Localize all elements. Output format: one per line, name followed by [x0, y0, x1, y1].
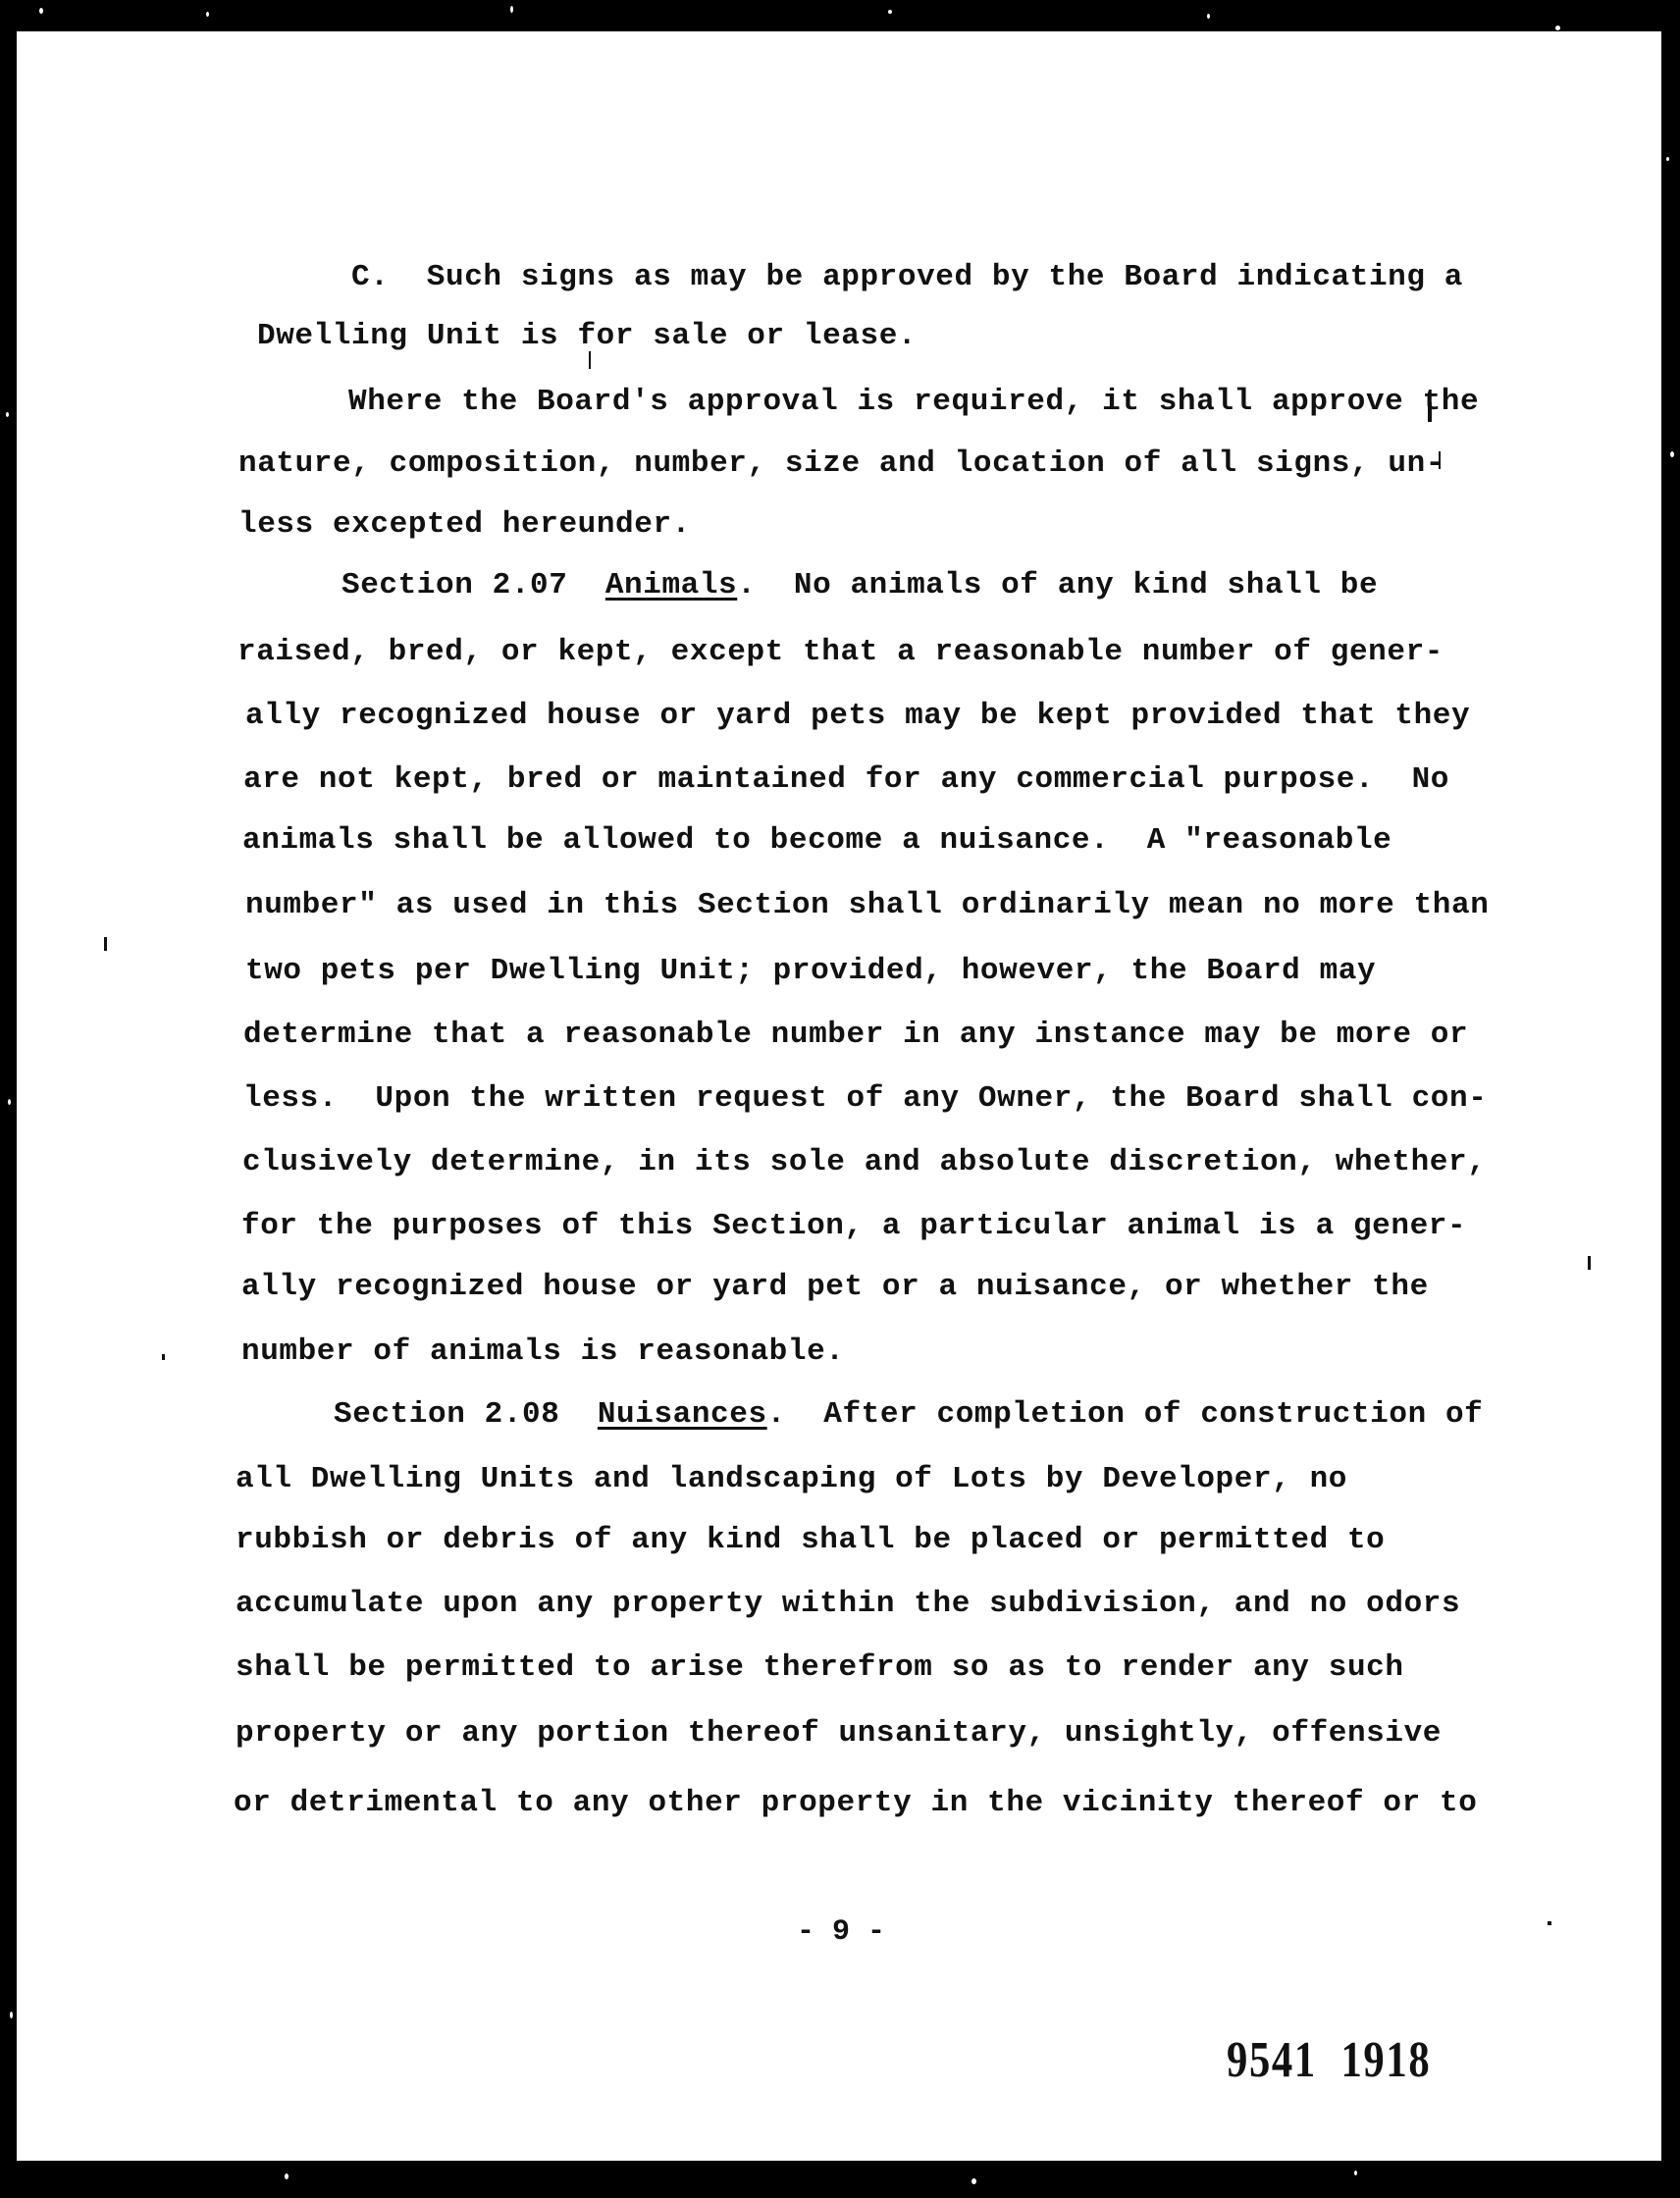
text-line: less. Upon the written request of any Ow… — [243, 1082, 1487, 1116]
section-first-line: . After completion of construction of — [767, 1397, 1484, 1432]
text-line: ally recognized house or yard pet or a n… — [241, 1271, 1429, 1304]
text-line: number of animals is reasonable. — [241, 1335, 845, 1369]
text-line: determine that a reasonable number in an… — [243, 1019, 1468, 1052]
section-heading-line: Section 2.08 Nuisances. After completion… — [334, 1398, 1483, 1432]
page-number: - 9 - — [797, 1915, 885, 1949]
scan-speck — [39, 8, 43, 14]
scan-speck — [888, 10, 892, 14]
stray-mark — [1548, 1921, 1551, 1925]
text-line: are not kept, bred or maintained for any… — [243, 763, 1449, 797]
text-line: nature, composition, number, size and lo… — [238, 447, 1444, 481]
stray-mark — [1439, 451, 1441, 469]
text-line: shall be permitted to arise therefrom so… — [236, 1651, 1404, 1685]
section-title: Nuisances — [598, 1397, 767, 1432]
stray-mark — [1588, 1256, 1591, 1270]
scan-speck — [971, 2178, 976, 2184]
stray-mark — [589, 351, 591, 369]
text-line: or detrimental to any other property in … — [234, 1787, 1477, 1820]
section-first-line: . No animals of any kind shall be — [737, 568, 1378, 602]
scan-speck — [1207, 14, 1210, 19]
section-heading-line: Section 2.07 Animals. No animals of any … — [341, 569, 1378, 602]
text-line: accumulate upon any property within the … — [236, 1588, 1460, 1621]
section-title: Animals — [605, 568, 737, 602]
text-line: clusively determine, in its sole and abs… — [242, 1146, 1486, 1179]
text-line: Where the Board's approval is required, … — [348, 386, 1479, 419]
scan-speck — [6, 412, 9, 417]
text-line: property or any portion thereof unsanita… — [236, 1717, 1442, 1751]
text-line: Dwelling Unit is for sale or lease. — [257, 320, 917, 353]
text-line: raised, bred, or kept, except that a rea… — [237, 636, 1444, 669]
text-line: ally recognized house or yard pets may b… — [245, 700, 1470, 733]
text-line: C. Such signs as may be approved by the … — [351, 261, 1463, 294]
scan-speck — [1555, 26, 1560, 30]
scan-speck — [1354, 2171, 1357, 2175]
text-line: rubbish or debris of any kind shall be p… — [236, 1524, 1385, 1557]
text-line: less excepted hereunder. — [238, 508, 691, 542]
stray-mark — [162, 1354, 165, 1360]
section-number: Section 2.07 — [341, 568, 567, 602]
section-number: Section 2.08 — [334, 1397, 559, 1432]
text-line: two pets per Dwelling Unit; provided, ho… — [245, 955, 1376, 988]
scan-speck — [8, 1099, 11, 1105]
scan-speck — [1666, 157, 1669, 161]
recording-stamp-number: 9541 1918 — [1227, 2031, 1431, 2089]
scan-speck — [10, 2012, 13, 2018]
scan-speck — [285, 2173, 289, 2179]
scan-speck — [510, 6, 513, 13]
text-line: number" as used in this Section shall or… — [245, 889, 1489, 922]
stray-mark — [104, 937, 107, 951]
text-line: animals shall be allowed to become a nui… — [242, 824, 1391, 858]
stray-mark — [1428, 402, 1432, 422]
scan-speck — [1670, 451, 1674, 457]
text-line: all Dwelling Units and landscaping of Lo… — [236, 1463, 1347, 1496]
text-line: for the purposes of this Section, a part… — [241, 1210, 1466, 1243]
scan-speck — [206, 12, 209, 17]
